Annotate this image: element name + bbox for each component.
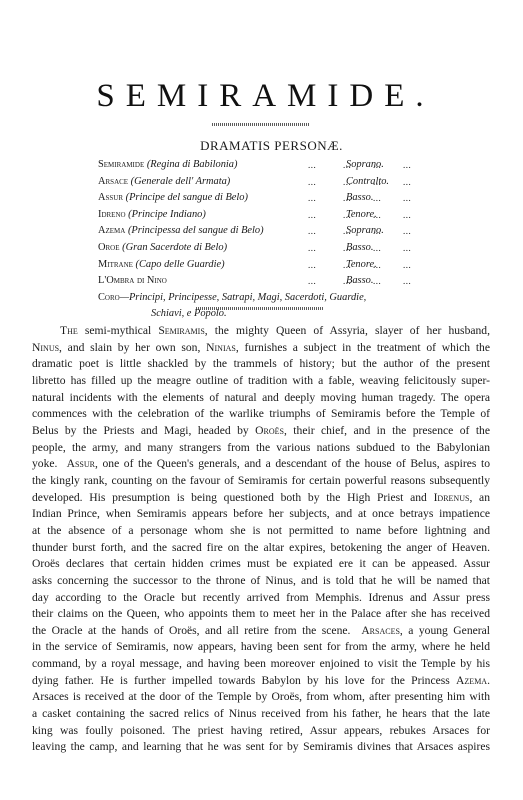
cast-row: Semiramide (Regina di Babilonia)........… (98, 157, 438, 174)
text-line: king was foully poisoned. The priest hav… (32, 723, 490, 740)
text-line: Oroës declares that certain hidden crime… (32, 556, 490, 573)
text-line: the kingly rank, counting on the favour … (32, 473, 490, 490)
leader-dots: ... (373, 190, 381, 207)
text-line: developed. His presumption is being ques… (32, 490, 490, 507)
role-name: Mitrane (98, 259, 133, 270)
text-line: libretto has filled up the meagre outlin… (32, 373, 490, 390)
leader-dots: ... (403, 174, 411, 191)
text-line: the Oracle at the hands of Oroës, and al… (32, 623, 490, 640)
leader-dots: ... (403, 157, 411, 174)
role-description: (Principe del sangue di Belo) (123, 192, 248, 203)
voice-type: Tenore. (346, 257, 377, 274)
role-name: Idreno (98, 209, 126, 220)
leader-dots: ... (373, 240, 381, 257)
text-line: their claims on the Queen, who appoints … (32, 606, 490, 623)
role-name: Semiramide (98, 159, 144, 170)
text-line: day according to the Oracle but recently… (32, 590, 490, 607)
leader-dots: ... (373, 273, 381, 290)
text-line: at the absence of a personage whom she i… (32, 523, 490, 540)
text-line: dramatic poet is little shackled by the … (32, 356, 490, 373)
voice-type: Contralto. (346, 174, 389, 191)
ornamental-rule-bottom (196, 307, 324, 310)
role-description: (Principessa del sangue di Belo) (125, 225, 263, 236)
cast-row: Idreno (Principe Indiano)............Ten… (98, 207, 438, 224)
leader-dots: ... (308, 240, 316, 257)
text-line: leaving the camp, and learning that he w… (32, 739, 490, 756)
chorus-row: Coro—Principi, Principesse, Satrapi, Mag… (98, 290, 438, 307)
cast-list: Semiramide (Regina di Babilonia)........… (98, 157, 438, 323)
role-description: (Generale dell' Armata) (128, 176, 230, 187)
text-line: dying father. He is further impelled tow… (32, 673, 490, 690)
cast-row: Oroe (Gran Sacerdote di Belo)...........… (98, 240, 438, 257)
chorus-members: —Principi, Principesse, Satrapi, Magi, S… (120, 292, 367, 303)
text-line: The semi-mythical Semiramis, the mighty … (32, 323, 490, 340)
cast-row: Azema (Principessa del sangue di Belo)..… (98, 223, 438, 240)
text-line: natural incidents with the elements of n… (32, 390, 490, 407)
cast-row: L'Ombra di Nino............Basso. (98, 273, 438, 290)
leader-dots: ... (403, 223, 411, 240)
leader-dots: ... (308, 223, 316, 240)
voice-type: Tenore. (346, 207, 377, 224)
leader-dots: ... (403, 207, 411, 224)
role-name: Oroe (98, 242, 120, 253)
leader-dots: ... (308, 257, 316, 274)
voice-type: Basso. (346, 240, 373, 257)
voice-type: Soprano. (346, 223, 384, 240)
synopsis-paragraph: The semi-mythical Semiramis, the mighty … (32, 323, 490, 756)
text-line: people, the army, and many strangers fro… (32, 440, 490, 457)
leader-dots: ... (308, 157, 316, 174)
dramatis-personae-heading: DRAMATIS PERSONÆ. (0, 138, 523, 154)
role-description: (Regina di Babilonia) (144, 159, 237, 170)
role-name: Arsace (98, 176, 128, 187)
role-description: (Gran Sacerdote di Belo) (120, 242, 228, 253)
text-line: commences with the celebration of the wa… (32, 406, 490, 423)
cast-row: Assur (Principe del sangue di Belo).....… (98, 190, 438, 207)
text-line: a casket containing the sacred relics of… (32, 706, 490, 723)
ornamental-rule-top (212, 123, 310, 126)
text-line: Arsaces is received at the door of the T… (32, 689, 490, 706)
text-line: Belus by the Priests and Magi, headed by… (32, 423, 490, 440)
leader-dots: ... (308, 273, 316, 290)
cast-row: Mitrane (Capo delle Guardie)............… (98, 257, 438, 274)
text-line: in the service of Semiramis, now appears… (32, 639, 490, 656)
cast-row: Arsace (Generale dell' Armata)..........… (98, 174, 438, 191)
text-line: thunder burst forth, and the sacred fire… (32, 540, 490, 557)
chorus-role: Coro (98, 292, 120, 303)
text-line: Ninus, and slain by her own son, Ninias,… (32, 340, 490, 357)
leader-dots: ... (308, 207, 316, 224)
page-title: SEMIRAMIDE. (0, 78, 523, 115)
leader-dots: ... (308, 190, 316, 207)
leader-dots: ... (403, 257, 411, 274)
leader-dots: ... (403, 190, 411, 207)
text-line: asks concerning the successor to the thr… (32, 573, 490, 590)
voice-type: Basso. (346, 190, 373, 207)
document-page: SEMIRAMIDE. DRAMATIS PERSONÆ. Semiramide… (0, 0, 523, 800)
role-name: Azema (98, 225, 125, 236)
leader-dots: ... (403, 273, 411, 290)
role-name: Assur (98, 192, 123, 203)
voice-type: Soprano. (346, 157, 384, 174)
text-line: yoke. Assur, one of the Queen's generals… (32, 456, 490, 473)
role-name: L'Ombra di Nino (98, 275, 167, 286)
text-line: Indian Prince, when Semiramis appears be… (32, 506, 490, 523)
leader-dots: ... (403, 240, 411, 257)
role-description: (Principe Indiano) (126, 209, 206, 220)
voice-type: Basso. (346, 273, 373, 290)
leader-dots: ... (308, 174, 316, 191)
text-line: command, by a royal message, and having … (32, 656, 490, 673)
role-description: (Capo delle Guardie) (133, 259, 225, 270)
